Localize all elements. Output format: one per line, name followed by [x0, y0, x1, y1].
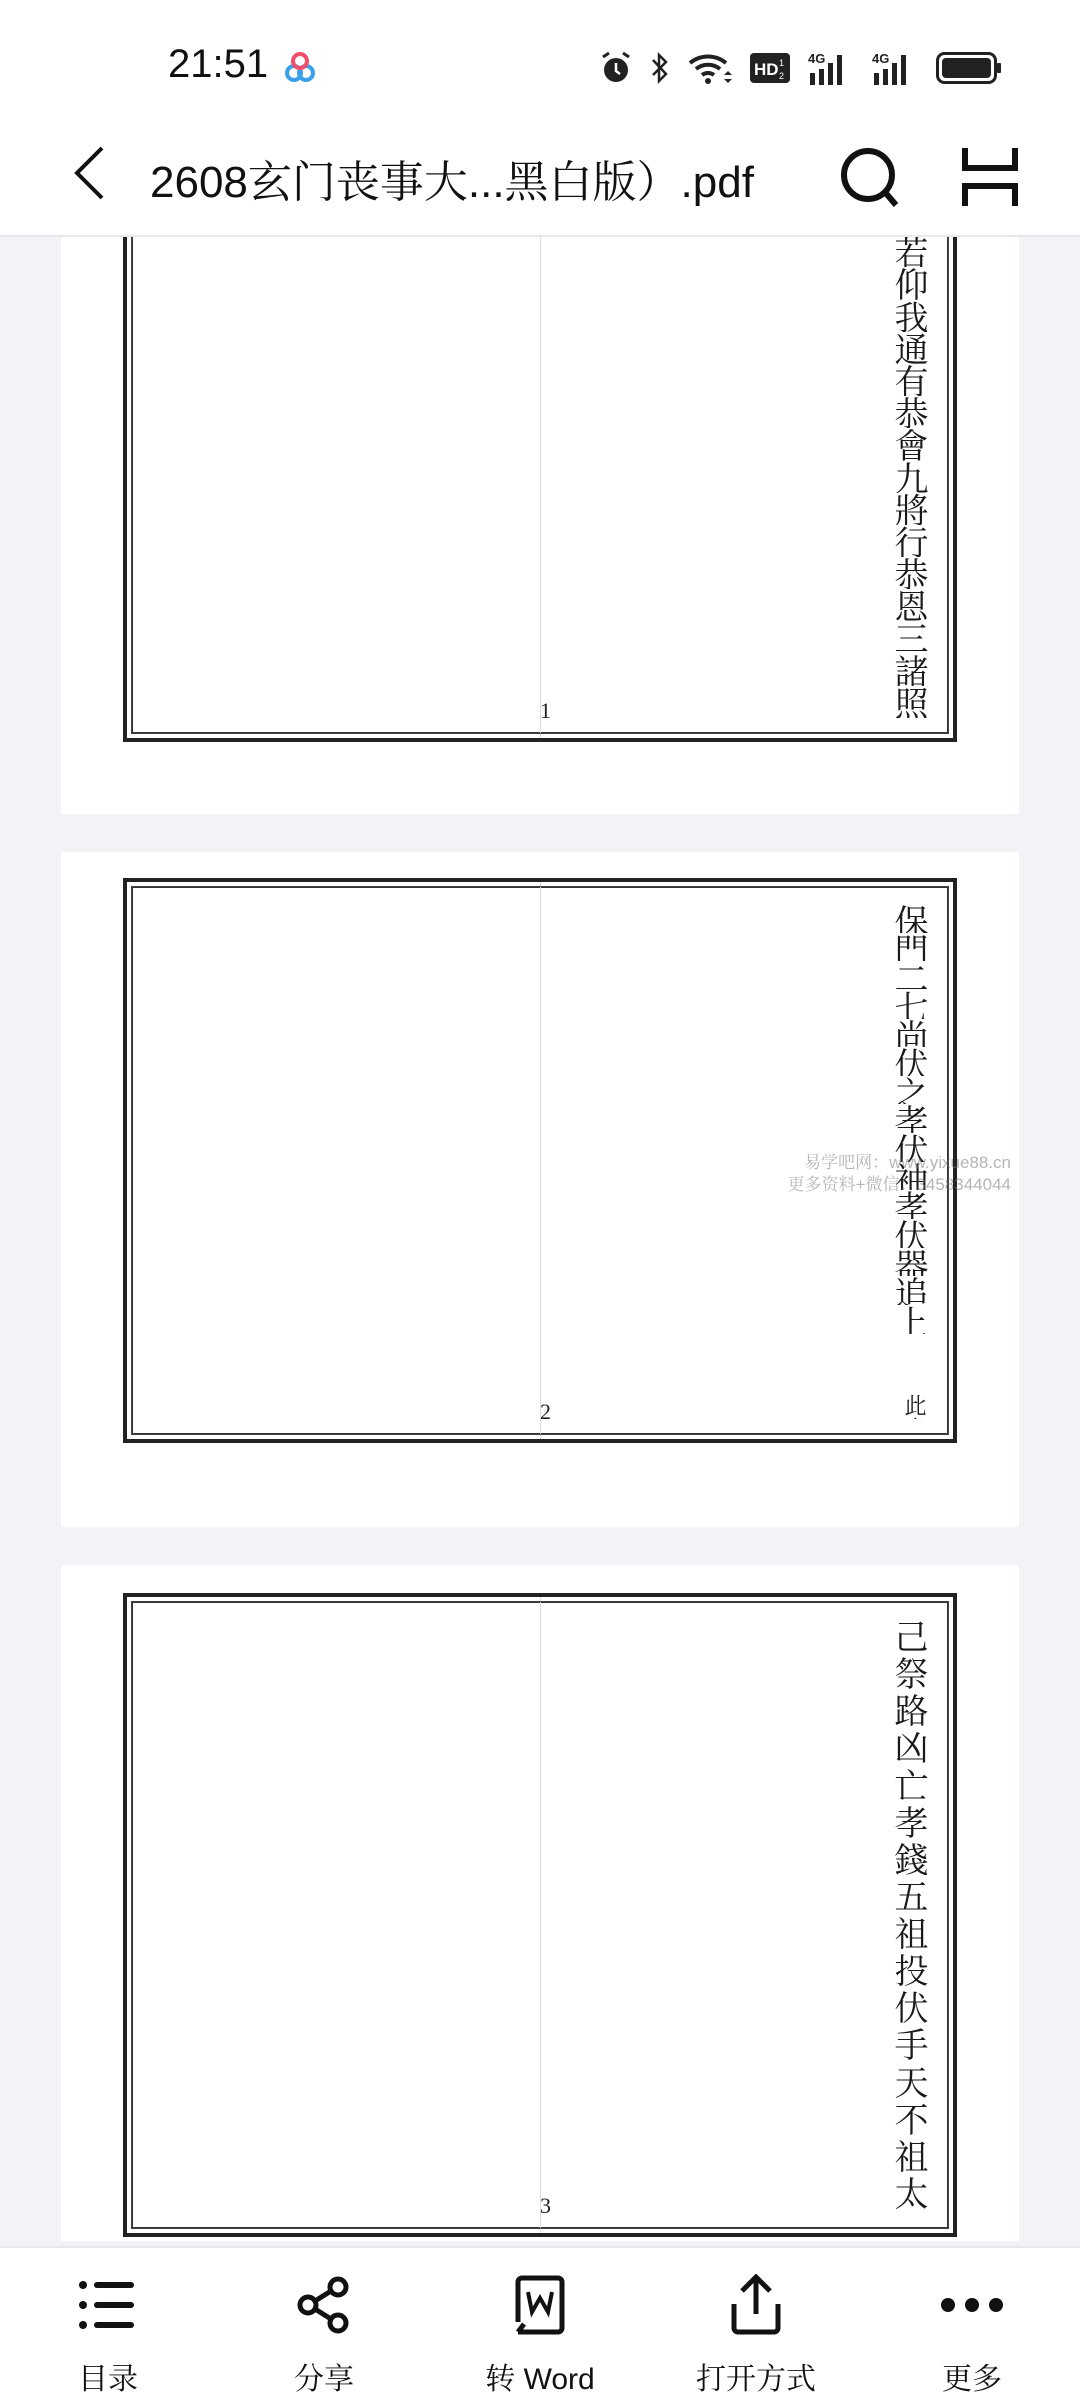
page-number: 1: [540, 698, 551, 724]
text-column: 恭焚眞香 虔誠上啟: [147, 557, 933, 589]
text-column: 七郎土地地盤業主阜老前人——: [147, 990, 933, 1019]
text-column: 亡人早登仙界道遙快樂西方好去塵世休來: [147, 1768, 933, 1805]
page-number: 2: [540, 1399, 551, 1425]
convert-to-word-label: 转 Word: [485, 2354, 594, 2398]
page-border: 己今擇取明星黃道虔具刀頭酒醴排設欄門 祭祀五方開路大將軍八大金剛使者發引開 路遣…: [123, 1593, 957, 2237]
svg-text:4G: 4G: [808, 51, 825, 66]
text-column: 之潛藏黃鉞誅邪金鐘擊祟助吾大教斬滅邪精: [147, 1076, 933, 1105]
text-column: 孝信恭虔 酒行初獻: [147, 1104, 933, 1133]
text-column: 有禱祈香供養 降赴欄門作證盟: [147, 364, 933, 396]
share-button[interactable]: 分享: [216, 2248, 432, 2400]
page-layout-button[interactable]: [955, 142, 1025, 212]
list-icon: [75, 2272, 141, 2338]
open-with-icon: [723, 2272, 789, 2338]
text-column: 伏以上體天星稟地司之殺伐下禳地禍驅惡殺: [147, 1047, 933, 1076]
bluetooth-icon: [650, 51, 670, 85]
text-column: 祭祀五方開路大將軍八大金剛使者發引開: [147, 1656, 933, 1693]
wifi-icon: [688, 51, 732, 85]
back-button[interactable]: [64, 140, 114, 210]
svg-text:2: 2: [779, 71, 784, 81]
page-border: 霹靂一聲天門開 便把殷郊元帥差 若有邪魔當頭立 祖師飛劍斬頭來 仰請雷霆諸師將—…: [123, 237, 957, 742]
text-column: 仰請雷霆諸師將——: [147, 267, 933, 299]
text-column: 照名請——恭塑師慈證盟欄門祭喪行事: [147, 686, 933, 718]
word-convert-icon: [507, 2272, 573, 2338]
app-badge-icon: [283, 50, 317, 84]
more-button[interactable]: 更多: [864, 2248, 1080, 2400]
pdf-page-3: 己今擇取明星黃道虔具刀頭酒醴排設欄門 祭祀五方開路大將軍八大金剛使者發引開 路遣…: [61, 1565, 1019, 2241]
toc-button[interactable]: 目录: [0, 2248, 216, 2400]
text-column: 會上普庵祖師楊救貧先師書符咒水先: [147, 428, 933, 460]
text-column: 恩師萬法教主天乙紫皇玄天仁威上帝: [147, 589, 933, 621]
svg-text:4G: 4G: [872, 51, 889, 66]
signal-4g-icon: 4G: [872, 51, 918, 85]
text-column: 不問凶神幷惡煞 靈符勅下便行喪 謹請: [147, 2102, 933, 2139]
text-column: 尚來請神己了降格來臨今有酒漿謹當上獻: [147, 1019, 933, 1048]
page-layout-icon: [955, 197, 1025, 216]
open-with-button[interactable]: 打开方式: [648, 2248, 864, 2400]
signal-4g-icon: 4G: [808, 51, 854, 85]
text-column: 凶星惡煞伏憑祖師法力盡行遣出門庭更祈: [147, 1730, 933, 1767]
status-icons: HD12 4G 4G: [600, 48, 1002, 88]
text-column-note: 此處宣口意完了: [147, 1334, 933, 1419]
more-icon: [939, 2272, 1005, 2338]
text-column: 諸眞十方感化遊壇祖師主壇應證宗師: [147, 654, 933, 686]
text-column: 恭焚眞香 虔誠上啟: [147, 396, 933, 428]
alarm-icon: [600, 51, 632, 85]
chevron-left-icon: [72, 145, 106, 205]
page-spine: [540, 882, 541, 1439]
text-column: 上來三獻圓滿禮不重斟今有口意對聖敷宣: [147, 1305, 933, 1334]
status-bar: 21:51 HD12 4G 4G: [0, 0, 1080, 120]
status-time: 21:51: [168, 42, 268, 87]
text-column: 祖師行喪會上有感一切聖眞度品神祇 位下: [147, 1916, 933, 1953]
text-column: 器披麻戴孝哮嗷哭神人亡命盡赴陰司急腳: [147, 1248, 933, 1277]
text-column: 伏維珍重 請神書符用咒令畢用淨水灑杠子索子用雄雞祭牛子畢: [147, 1990, 933, 2027]
battery-icon: [936, 52, 1002, 84]
pdf-viewer[interactable]: 霹靂一聲天門開 便把殷郊元帥差 若有邪魔當頭立 祖師飛劍斬頭來 仰請雷霆諸師將—…: [0, 237, 1080, 2246]
text-column: 門外虛空過往糾察善神諸廟祀典百神瘟火: [147, 933, 933, 962]
watermark: 易学吧网：www.yixue88.cn 更多资料+微信：3458344044: [788, 1152, 1011, 1196]
svg-text:HD: HD: [754, 60, 779, 79]
text-column: 五方開路大將軍八大金剛使者陰陽會上普庵: [147, 1879, 933, 1916]
text-column: 保安功德 再運眞香 虔誠上啟: [147, 904, 933, 933]
watermark-line: 更多资料+微信：3458344044: [788, 1174, 1011, 1196]
text-column: 投納只與眾神燒錢不與眾神分錢稽首頓首: [147, 1953, 933, 1990]
text-column: 我今有請望來臨 大賜雷威常擁護: [147, 300, 933, 332]
text-column: 若有邪魔當頭立 祖師飛劍斬頭來: [147, 237, 933, 267]
text-column: 將軍八大金剛使者 降赴香筵受令: [147, 493, 933, 525]
open-with-label: 打开方式: [696, 2354, 816, 2398]
text-column: 孝門迪吉家道興隆二六時中吉祥如意具備: [147, 1805, 933, 1842]
watermark-line: 易学吧网：www.yixue88.cn: [788, 1152, 1011, 1174]
page-text-columns: 己今擇取明星黃道虔具刀頭酒醴排設欄門 祭祀五方開路大將軍八大金剛使者發引開 路遣…: [147, 1619, 933, 2213]
text-column: 路遣殺當行亡人生前歿後有犯天地煞——一切: [147, 1693, 933, 1730]
text-column: 二部行化神王城隍主者五道大神肖孟二家: [147, 961, 933, 990]
text-column: 錢財用伸上奉: [147, 1842, 933, 1879]
pdf-page-2: 保安功德 再運眞香 虔誠上啟 門外虛空過往糾察善神諸廟祀典百神瘟火 二部行化神王…: [61, 852, 1019, 1527]
svg-text:1: 1: [779, 58, 784, 68]
page-number: 3: [540, 2193, 551, 2219]
text-column: 祖師勅下分界符一道管鎮此方借路行喪百無障礙吾奉: [147, 2139, 933, 2176]
page-text-columns: 霹靂一聲天門開 便把殷郊元帥差 若有邪魔當頭立 祖師飛劍斬頭來 仰請雷霆諸師將—…: [147, 237, 933, 718]
share-label: 分享: [294, 2354, 354, 2398]
text-column: 天師法水祖師香 今日行喪到此方: [147, 2065, 933, 2102]
search-icon: [835, 197, 905, 216]
text-column: 通浩浩駕禪雲 聖德昭彰最有靈: [147, 332, 933, 364]
bottom-toolbar: 目录 分享 转 Word 打开方式 更多: [0, 2246, 1080, 2400]
text-column: 三十六雷天將二十四位靈神行案會上: [147, 621, 933, 653]
search-button[interactable]: [835, 142, 905, 212]
text-column: 行喪書符遣煞保安清吉: [147, 525, 933, 557]
page-spine: [540, 237, 541, 738]
toc-label: 目录: [78, 2354, 138, 2398]
text-column: 手執淨水碗判曰: [147, 2027, 933, 2064]
convert-to-word-button[interactable]: 转 Word: [432, 2248, 648, 2400]
share-icon: [291, 2272, 357, 2338]
pdf-page-1: 霹靂一聲天門開 便把殷郊元帥差 若有邪魔當頭立 祖師飛劍斬頭來 仰請雷霆諸師將—…: [61, 237, 1019, 814]
hd-voice-icon: HD12: [750, 53, 790, 83]
text-column: 九牛先師陽九牛先師白鶴仙人五方開: [147, 461, 933, 493]
text-column: 伏以雌雄惡煞乃天地靈機火把喪車實人間喪: [147, 1219, 933, 1248]
more-label: 更多: [942, 2354, 1002, 2398]
document-title: 2608玄门丧事大...黑白版）.pdf: [150, 146, 754, 210]
text-column: 己今擇取明星黃道虔具刀頭酒醴排設欄門: [147, 1619, 933, 1656]
page-spine: [540, 1597, 541, 2233]
text-column: 追魂歸地府今當祭獻各奔前程孝信——三獻: [147, 1276, 933, 1305]
app-header: 2608玄门丧事大...黑白版）.pdf: [0, 120, 1080, 237]
text-column: 太上老君急急如律令 用九㊉ 銅鐵㊉ 天地番㊉: [147, 2176, 933, 2213]
